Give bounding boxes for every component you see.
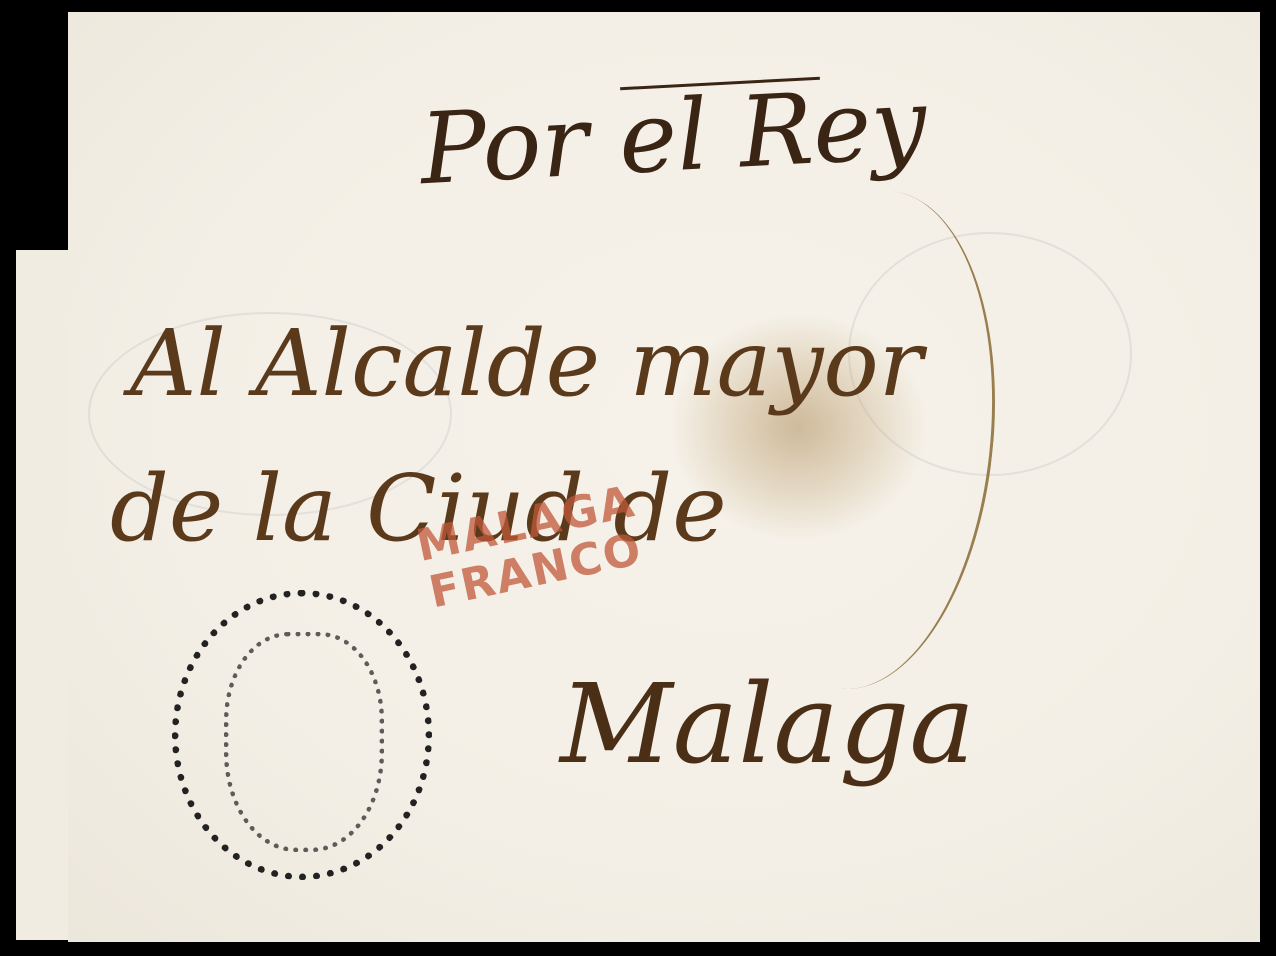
handwriting-line-4: Malaga (560, 660, 975, 788)
coat-of-arms-seal (172, 590, 432, 880)
photo-stage: Por el Rey Al Alcalde mayor de la Ciud d… (0, 0, 1276, 956)
handwriting-line-2: Al Alcalde mayor (130, 310, 923, 417)
crest-icon (224, 632, 384, 852)
